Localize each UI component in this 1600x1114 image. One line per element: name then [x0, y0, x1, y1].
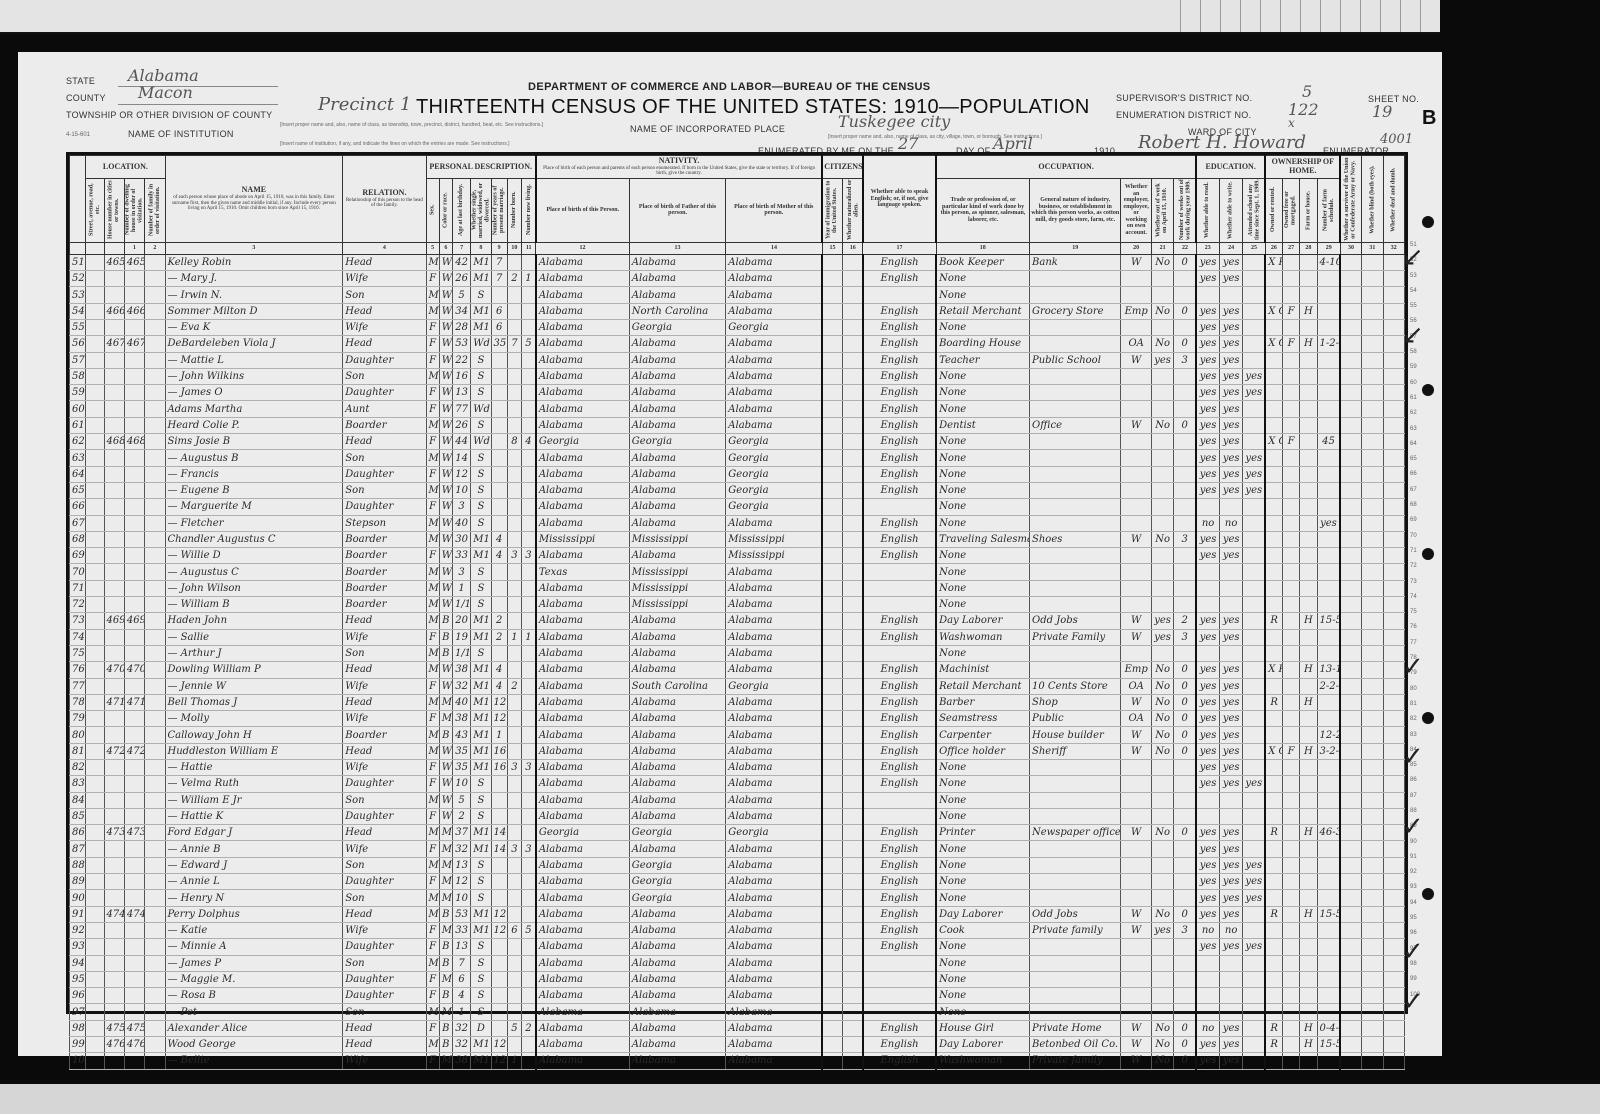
relation: Head: [343, 336, 426, 352]
can-write: yes: [1219, 466, 1242, 482]
can-write: yes: [1219, 319, 1242, 335]
house-number: [145, 319, 165, 335]
owned-rented: [1265, 466, 1282, 482]
immigration-year: [822, 645, 842, 661]
house-number: [145, 678, 165, 694]
veteran: [1340, 760, 1361, 776]
can-read: yes: [1196, 841, 1219, 857]
line-number: 71: [70, 580, 86, 596]
years-married: [491, 580, 507, 596]
dwelling-number: [104, 727, 124, 743]
trade: None: [936, 548, 1029, 564]
naturalization: [843, 613, 863, 629]
deaf: [1383, 629, 1404, 645]
house-number: [145, 548, 165, 564]
owned-rented: [1265, 271, 1282, 287]
person-name: DeBardeleben Viola J: [165, 336, 343, 352]
children-born: [507, 385, 521, 401]
dwelling-number: [104, 385, 124, 401]
naturalization: [843, 955, 863, 971]
margin-line-number: 54: [1410, 284, 1430, 299]
free-mortgaged: [1282, 352, 1299, 368]
can-write: yes: [1219, 1020, 1242, 1036]
naturalization: [843, 401, 863, 417]
owned-rented: [1265, 597, 1282, 613]
trade: Teacher: [936, 352, 1029, 368]
margin-line-number: 92: [1410, 865, 1430, 880]
color: W: [439, 466, 452, 482]
name-group-header: NAME of each person whose place of abode…: [165, 156, 343, 243]
language: English: [863, 1053, 936, 1069]
deaf: [1383, 303, 1404, 319]
line-number: 83: [70, 776, 86, 792]
sex: M: [426, 792, 439, 808]
attended-school: [1243, 645, 1265, 661]
employer-status: [1121, 841, 1151, 857]
immigration-year: [822, 890, 842, 906]
birthplace-mother: Alabama: [726, 629, 823, 645]
color: W: [439, 434, 452, 450]
children-born: [507, 482, 521, 498]
immigration-year: [822, 727, 842, 743]
farm-house: [1300, 988, 1317, 1004]
deaf: [1383, 874, 1404, 890]
children-born: [507, 662, 521, 678]
employer-status: W: [1121, 727, 1151, 743]
farm-house: [1300, 580, 1317, 596]
can-read: yes: [1196, 336, 1219, 352]
birthplace-father: North Carolina: [629, 303, 726, 319]
veteran: [1340, 548, 1361, 564]
employer-status: W: [1121, 1037, 1151, 1053]
language: English: [863, 906, 936, 922]
can-read: [1196, 955, 1219, 971]
weeks-out: [1174, 874, 1196, 890]
person-name: Huddleston William E: [165, 743, 343, 759]
farm-schedule: [1317, 564, 1340, 580]
out-of-work: [1151, 776, 1173, 792]
marital-status: D: [471, 1020, 491, 1036]
birthplace-mother: Alabama: [726, 368, 823, 384]
owned-rented: [1265, 776, 1282, 792]
children-born: [507, 971, 521, 987]
street: [86, 857, 104, 873]
person-name: — William E Jr: [165, 792, 343, 808]
out-of-work: No: [1151, 336, 1173, 352]
sex: F: [426, 922, 439, 938]
marital-status: M1: [471, 303, 491, 319]
out-of-work: [1151, 890, 1173, 906]
owned-rented: [1265, 564, 1282, 580]
birthplace-mother: Georgia: [726, 450, 823, 466]
attended-school: [1243, 678, 1265, 694]
farm-schedule: [1317, 597, 1340, 613]
person-name: — Edward J: [165, 857, 343, 873]
farm-house: H: [1300, 303, 1317, 319]
trade: None: [936, 319, 1029, 335]
immigration-year: [822, 760, 842, 776]
veteran: [1340, 482, 1361, 498]
children-living: [522, 727, 536, 743]
birthplace-mother: Georgia: [726, 434, 823, 450]
color: W: [439, 482, 452, 498]
trade: Dentist: [936, 417, 1029, 433]
table-row: 77— Jennie WWifeFW32M142AlabamaSouth Car…: [70, 678, 1405, 694]
deaf: [1383, 564, 1404, 580]
farm-schedule: [1317, 988, 1340, 1004]
farm-schedule: 1-2-7-: [1317, 336, 1340, 352]
line-number: 99: [70, 1037, 86, 1053]
weeks-out: 0: [1174, 743, 1196, 759]
veteran: [1340, 434, 1361, 450]
table-row: 100— BellieWifeFMu38M1121AlabamaAlabamaA…: [70, 1053, 1405, 1069]
deaf: [1383, 906, 1404, 922]
birthplace-mother: Alabama: [726, 287, 823, 303]
immigration-year: [822, 1020, 842, 1036]
language: English: [863, 760, 936, 776]
farm-schedule: [1317, 385, 1340, 401]
immigration-year: [822, 1004, 842, 1020]
can-read: yes: [1196, 271, 1219, 287]
immigration-year: [822, 450, 842, 466]
age: 32: [452, 1020, 470, 1036]
owned-rented: X O: [1265, 303, 1282, 319]
age: 26: [452, 271, 470, 287]
birthplace-mother: Georgia: [726, 825, 823, 841]
children-living: 3: [522, 548, 536, 564]
trade: Day Laborer: [936, 613, 1029, 629]
trade: None: [936, 841, 1029, 857]
free-mortgaged: [1282, 629, 1299, 645]
employer-status: [1121, 776, 1151, 792]
marital-status: Wd: [471, 401, 491, 417]
dwelling-number: [104, 368, 124, 384]
language: [863, 287, 936, 303]
weeks-out: [1174, 939, 1196, 955]
children-living: [522, 694, 536, 710]
birth-person-header: Place of birth of this Person.: [536, 178, 629, 242]
birthplace-person: Alabama: [536, 841, 629, 857]
language-header: Whether able to speak English; or, if no…: [863, 156, 936, 243]
children-born: 6: [507, 922, 521, 938]
years-married: 6: [491, 303, 507, 319]
blind: [1362, 434, 1383, 450]
language: English: [863, 319, 936, 335]
marital-status: M1: [471, 727, 491, 743]
children-living: [522, 352, 536, 368]
relation: Daughter: [343, 385, 426, 401]
farm-house: [1300, 1053, 1317, 1069]
can-read: yes: [1196, 662, 1219, 678]
farm-schedule: 12-2-9-8: [1317, 727, 1340, 743]
industry: Private Family: [1030, 629, 1121, 645]
trade: None: [936, 874, 1029, 890]
blind: [1362, 776, 1383, 792]
dwelling-number: 475: [104, 1020, 124, 1036]
free-mortgaged: [1282, 857, 1299, 873]
weeks-out: 0: [1174, 254, 1196, 270]
enumerated-month: April: [993, 134, 1033, 153]
owned-rented: [1265, 890, 1282, 906]
marital-status: Wd: [471, 336, 491, 352]
blind: [1362, 401, 1383, 417]
farm-house: [1300, 466, 1317, 482]
color: Mu: [439, 841, 452, 857]
can-read: yes: [1196, 531, 1219, 547]
trade: None: [936, 971, 1029, 987]
marital-status: M1: [471, 531, 491, 547]
blind: [1362, 417, 1383, 433]
industry: [1030, 890, 1121, 906]
blind: [1362, 466, 1383, 482]
line-number: 55: [70, 319, 86, 335]
birthplace-person: Alabama: [536, 352, 629, 368]
deaf: [1383, 841, 1404, 857]
veteran: [1340, 531, 1361, 547]
line-number: 75: [70, 645, 86, 661]
birthplace-person: Alabama: [536, 808, 629, 824]
house-number: [145, 629, 165, 645]
house-number: [145, 857, 165, 873]
birthplace-mother: Alabama: [726, 792, 823, 808]
marital-status: M1: [471, 1053, 491, 1069]
relation: Boarder: [343, 580, 426, 596]
weeks-out: [1174, 890, 1196, 906]
employer-status: [1121, 988, 1151, 1004]
column-number: 4: [343, 242, 426, 254]
years-married: [491, 776, 507, 792]
language: [863, 564, 936, 580]
immigration-year: [822, 629, 842, 645]
birthplace-mother: Alabama: [726, 1053, 823, 1069]
deaf: [1383, 1053, 1404, 1069]
out-of-work: [1151, 841, 1173, 857]
line-header: [70, 156, 86, 243]
street: [86, 417, 104, 433]
deaf: [1383, 776, 1404, 792]
checkmark-icon: ↙: [1402, 242, 1424, 272]
sheet-side: B: [1422, 107, 1436, 130]
line-number: 69: [70, 548, 86, 564]
color: W: [439, 548, 452, 564]
blind: [1362, 531, 1383, 547]
children-born: [507, 531, 521, 547]
house-number: [145, 401, 165, 417]
language: [863, 792, 936, 808]
street: [86, 662, 104, 678]
line-number: 82: [70, 760, 86, 776]
out-of-work: No: [1151, 825, 1173, 841]
sex: M: [426, 597, 439, 613]
attended-school: yes: [1243, 890, 1265, 906]
house-number: [145, 841, 165, 857]
marital-status: S: [471, 287, 491, 303]
children-born: [507, 450, 521, 466]
relation: Wife: [343, 319, 426, 335]
can-read: yes: [1196, 890, 1219, 906]
owned-rented: [1265, 319, 1282, 335]
census-rows: 51465465Kelley RobinHeadMW42M17AlabamaAl…: [70, 254, 1405, 1069]
house-number: [145, 482, 165, 498]
farm-schedule: yes: [1317, 515, 1340, 531]
township-value: Precinct 1: [318, 94, 411, 115]
table-row: 95— Maggie M.DaughterFMu6SAlabamaAlabama…: [70, 971, 1405, 987]
can-write: yes: [1219, 629, 1242, 645]
birthplace-mother: Alabama: [726, 385, 823, 401]
farm-schedule: 15-5-9-8: [1317, 613, 1340, 629]
naturalization: [843, 743, 863, 759]
family-number: [124, 955, 144, 971]
birthplace-person: Alabama: [536, 874, 629, 890]
birthplace-father: Alabama: [629, 743, 726, 759]
owned-rented: [1265, 939, 1282, 955]
dwelling-number: [104, 890, 124, 906]
marital-status: S: [471, 450, 491, 466]
blind: [1362, 1004, 1383, 1020]
naturalization: [843, 906, 863, 922]
farm-house: [1300, 890, 1317, 906]
margin-line-number: 65: [1410, 452, 1430, 467]
language: English: [863, 613, 936, 629]
can-read: [1196, 597, 1219, 613]
free-mortgaged: F: [1282, 303, 1299, 319]
farm-schedule: [1317, 580, 1340, 596]
dwelling-number: [104, 319, 124, 335]
veteran: [1340, 955, 1361, 971]
house-number: [145, 531, 165, 547]
weeks-out: 3: [1174, 922, 1196, 938]
birthplace-person: Alabama: [536, 548, 629, 564]
immigration-year: [822, 874, 842, 890]
industry: [1030, 760, 1121, 776]
free-mortgaged: [1282, 319, 1299, 335]
house-number: [145, 776, 165, 792]
checkmark-icon: ✓: [1402, 812, 1424, 842]
trade: None: [936, 988, 1029, 1004]
out-of-work: [1151, 482, 1173, 498]
house-number: [145, 564, 165, 580]
column-number: 18: [936, 242, 1029, 254]
family-number: [124, 515, 144, 531]
can-write: yes: [1219, 271, 1242, 287]
person-name: Adams Martha: [165, 401, 343, 417]
out-of-work: No: [1151, 678, 1173, 694]
children-born: [507, 597, 521, 613]
naturalization: [843, 841, 863, 857]
margin-line-number: 76: [1410, 620, 1430, 635]
farm-house: [1300, 874, 1317, 890]
owned-rented: [1265, 1053, 1282, 1069]
immigration-year: [822, 287, 842, 303]
years-married: 12: [491, 694, 507, 710]
birthplace-person: Alabama: [536, 319, 629, 335]
punch-hole: [1422, 384, 1434, 396]
line-number: 78: [70, 694, 86, 710]
naturalization: [843, 988, 863, 1004]
color: W: [439, 662, 452, 678]
marital-status: S: [471, 792, 491, 808]
deaf: [1383, 597, 1404, 613]
birthplace-person: Georgia: [536, 434, 629, 450]
free-mortgaged: [1282, 792, 1299, 808]
out-of-work: [1151, 368, 1173, 384]
relation: Son: [343, 287, 426, 303]
deaf: [1383, 727, 1404, 743]
street: [86, 515, 104, 531]
children-born: 3: [507, 760, 521, 776]
sex: F: [426, 988, 439, 1004]
color: W: [439, 254, 452, 270]
sex: M: [426, 287, 439, 303]
birthplace-mother: Alabama: [726, 776, 823, 792]
birthplace-mother: Alabama: [726, 743, 823, 759]
employer-status: Emp: [1121, 303, 1151, 319]
dwelling-number: [104, 760, 124, 776]
veteran: [1340, 857, 1361, 873]
birthplace-person: Alabama: [536, 499, 629, 515]
can-write: yes: [1219, 1053, 1242, 1069]
free-mortgaged: [1282, 841, 1299, 857]
dwelling-number: [104, 988, 124, 1004]
language: English: [863, 1020, 936, 1036]
birthplace-person: Alabama: [536, 368, 629, 384]
weeks-out: [1174, 597, 1196, 613]
children-living: 3: [522, 760, 536, 776]
deaf: [1383, 385, 1404, 401]
naturalization: [843, 336, 863, 352]
can-read: yes: [1196, 401, 1219, 417]
industry: Private family: [1030, 1053, 1121, 1069]
marital-status: S: [471, 988, 491, 1004]
column-number: 12: [536, 242, 629, 254]
blind: [1362, 303, 1383, 319]
can-read: yes: [1196, 906, 1219, 922]
table-row: 85— Hattie KDaughterFW2SAlabamaAlabamaAl…: [70, 808, 1405, 824]
attended-school: yes: [1243, 939, 1265, 955]
deaf: [1383, 271, 1404, 287]
veteran: [1340, 450, 1361, 466]
farm-house: [1300, 352, 1317, 368]
birthplace-father: Alabama: [629, 254, 726, 270]
farm-schedule: [1317, 694, 1340, 710]
relation: Head: [343, 434, 426, 450]
immigration-year: [822, 499, 842, 515]
weeks-out: 0: [1174, 694, 1196, 710]
trade: None: [936, 597, 1029, 613]
family-number: [124, 450, 144, 466]
street: [86, 922, 104, 938]
house-number: [145, 287, 165, 303]
owned-rented: [1265, 401, 1282, 417]
color: W: [439, 499, 452, 515]
column-number: 2: [145, 242, 165, 254]
deaf: [1383, 613, 1404, 629]
children-born: [507, 466, 521, 482]
children-born: [507, 352, 521, 368]
birthplace-mother: Alabama: [726, 564, 823, 580]
attended-school: [1243, 727, 1265, 743]
family-number: [124, 482, 144, 498]
family-number: [124, 792, 144, 808]
marital-status: M1: [471, 694, 491, 710]
industry: Sheriff: [1030, 743, 1121, 759]
color: Mu: [439, 1004, 452, 1020]
attended-school: [1243, 515, 1265, 531]
can-read: yes: [1196, 385, 1219, 401]
veteran: [1340, 271, 1361, 287]
person-name: Calloway John H: [165, 727, 343, 743]
language: English: [863, 629, 936, 645]
